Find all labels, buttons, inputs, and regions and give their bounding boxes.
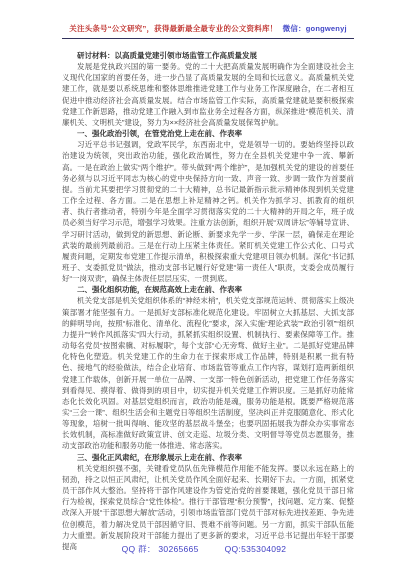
page-header: 关注头条号“公文研究”，获得最新最全最专业的公文资料库！ 微信：gongweny…: [62, 24, 354, 39]
intro-paragraph: 发展是党执政兴国的第一要务。党的二十大把高质量发展明确作为全面建设社会主义现代化…: [62, 61, 354, 128]
section-1-body: 习近平总书记强调，党政军民学，东西南北中，党是领导一切的。要始终坚持以政治建设为…: [62, 139, 354, 284]
document-body: 研讨材料：以高质量党建引领市场监管工作高质量发展 发展是党执政兴国的第一要务。党…: [62, 50, 354, 552]
section-3-heading: 三、强化正风肃纪，在形象展示上走在前、作表率: [62, 452, 354, 463]
page-footer: QQ 群： 30265665QQ:535304092: [0, 543, 408, 555]
doc-title: 研讨材料：以高质量党建引领市场监管工作高质量发展: [62, 50, 354, 61]
section-3-body: 机关党组织强不强，关键看党员队伍先锋模范作用能不能发挥。要以永远在路上的韧劲，持…: [62, 463, 354, 552]
footer-qq-group: QQ 群： 30265665: [122, 544, 199, 554]
footer-qq: QQ:535304092: [225, 544, 287, 554]
header-notice: 关注头条号“公文研究”，获得最新最全最专业的公文资料库！: [69, 24, 277, 33]
section-2-body: 机关党支部是机关党组织体系的“神经末梢”，机关党支部规范运转、贯彻落实上级决策部…: [62, 295, 354, 451]
section-2-heading: 二、强化组织功能，在规范高效上走在前、作表率: [62, 284, 354, 295]
document-page: 关注头条号“公文研究”，获得最新最全最专业的公文资料库！ 微信：gongweny…: [0, 0, 408, 580]
section-1-heading: 一、强化政治引领，在管党治党上走在前、作表率: [62, 128, 354, 139]
header-contact-wechat: 微信：gongwenyj: [283, 24, 347, 33]
